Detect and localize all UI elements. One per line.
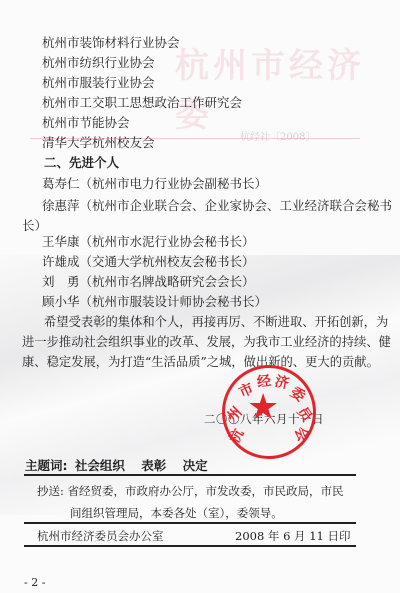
seal-char: 经 <box>256 370 273 392</box>
seal-char: 杭 <box>224 425 248 447</box>
divider-rule <box>24 522 356 524</box>
seal-char: 济 <box>273 371 291 393</box>
closing-paragraph-line: 希望受表彰的集体和个人，再接再厉、不断进取、开拓创新，为 <box>44 315 388 330</box>
keyword: 表彰 <box>141 458 166 473</box>
individual-item-continuation: 长） <box>22 218 47 233</box>
group-item: 杭州市工交职工思想政治工作研究会 <box>42 95 242 110</box>
cc-line: 抄送: 省经贸委，市政府办公厅，市发改委，市民政局，市民 <box>37 483 344 499</box>
closing-paragraph-line: 康、稳定发展，为打造“生活品质”之城，做出新的、更大的贡献。 <box>22 355 379 370</box>
individual-item: 王华康（杭州市水泥行业协会秘书长） <box>42 234 255 249</box>
seal-char: 委 <box>287 382 310 406</box>
bleed-through-doc-number: 杭经社〔2008〕 <box>240 128 315 143</box>
page-number: - 2 - <box>24 576 45 589</box>
subject-keywords: 主题词: 社会组织 表彰 决定 <box>25 456 208 474</box>
seal-char: 会 <box>290 424 314 444</box>
group-item: 清华大学杭州校友会 <box>42 135 155 150</box>
keyword: 社会组织 <box>75 458 125 473</box>
cc-line-continuation: 间组织管理局，本委各处（室），委领导。 <box>70 505 283 521</box>
keywords-label: 主题词: <box>25 458 68 473</box>
seal-char: 州 <box>222 402 246 426</box>
section-heading-individuals: 二、先进个人 <box>44 155 119 170</box>
official-seal: ★ 杭 州 市 经 济 委 员 会 <box>222 365 316 459</box>
individual-item: 顾小华（杭州市服装设计师协会秘书长） <box>42 294 267 309</box>
closing-paragraph-line: 进一步推动社会组织事业的改革、发展，为我市工业经济的持续、健 <box>22 335 391 350</box>
individual-item: 许雄成（交通大学杭州校友会秘书长） <box>42 254 255 269</box>
print-date: 2008 年 6 月 11 日印 <box>235 528 351 544</box>
divider-rule <box>24 474 356 476</box>
keyword: 决定 <box>183 458 208 473</box>
group-item: 杭州市装饰材料行业协会 <box>42 35 180 50</box>
individual-item: 刘 勇（杭州市名牌战略研究会会长） <box>42 274 255 289</box>
individual-item: 葛寿仁（杭州市电力行业协会副秘书长） <box>42 176 267 191</box>
individual-item: 徐惠萍（杭州市企业联合会、企业家协会、工业经济联合会秘书 <box>42 198 392 213</box>
issuing-office: 杭州市经济委员会办公室 <box>37 528 164 544</box>
seal-char: 员 <box>293 403 317 426</box>
bleed-through-title: 杭州市经济委 <box>175 38 400 136</box>
group-item: 杭州市节能协会 <box>42 115 130 130</box>
group-item: 杭州市纺织行业协会 <box>42 55 155 70</box>
divider-rule <box>24 545 356 547</box>
group-item: 杭州市服装行业协会 <box>42 75 155 90</box>
